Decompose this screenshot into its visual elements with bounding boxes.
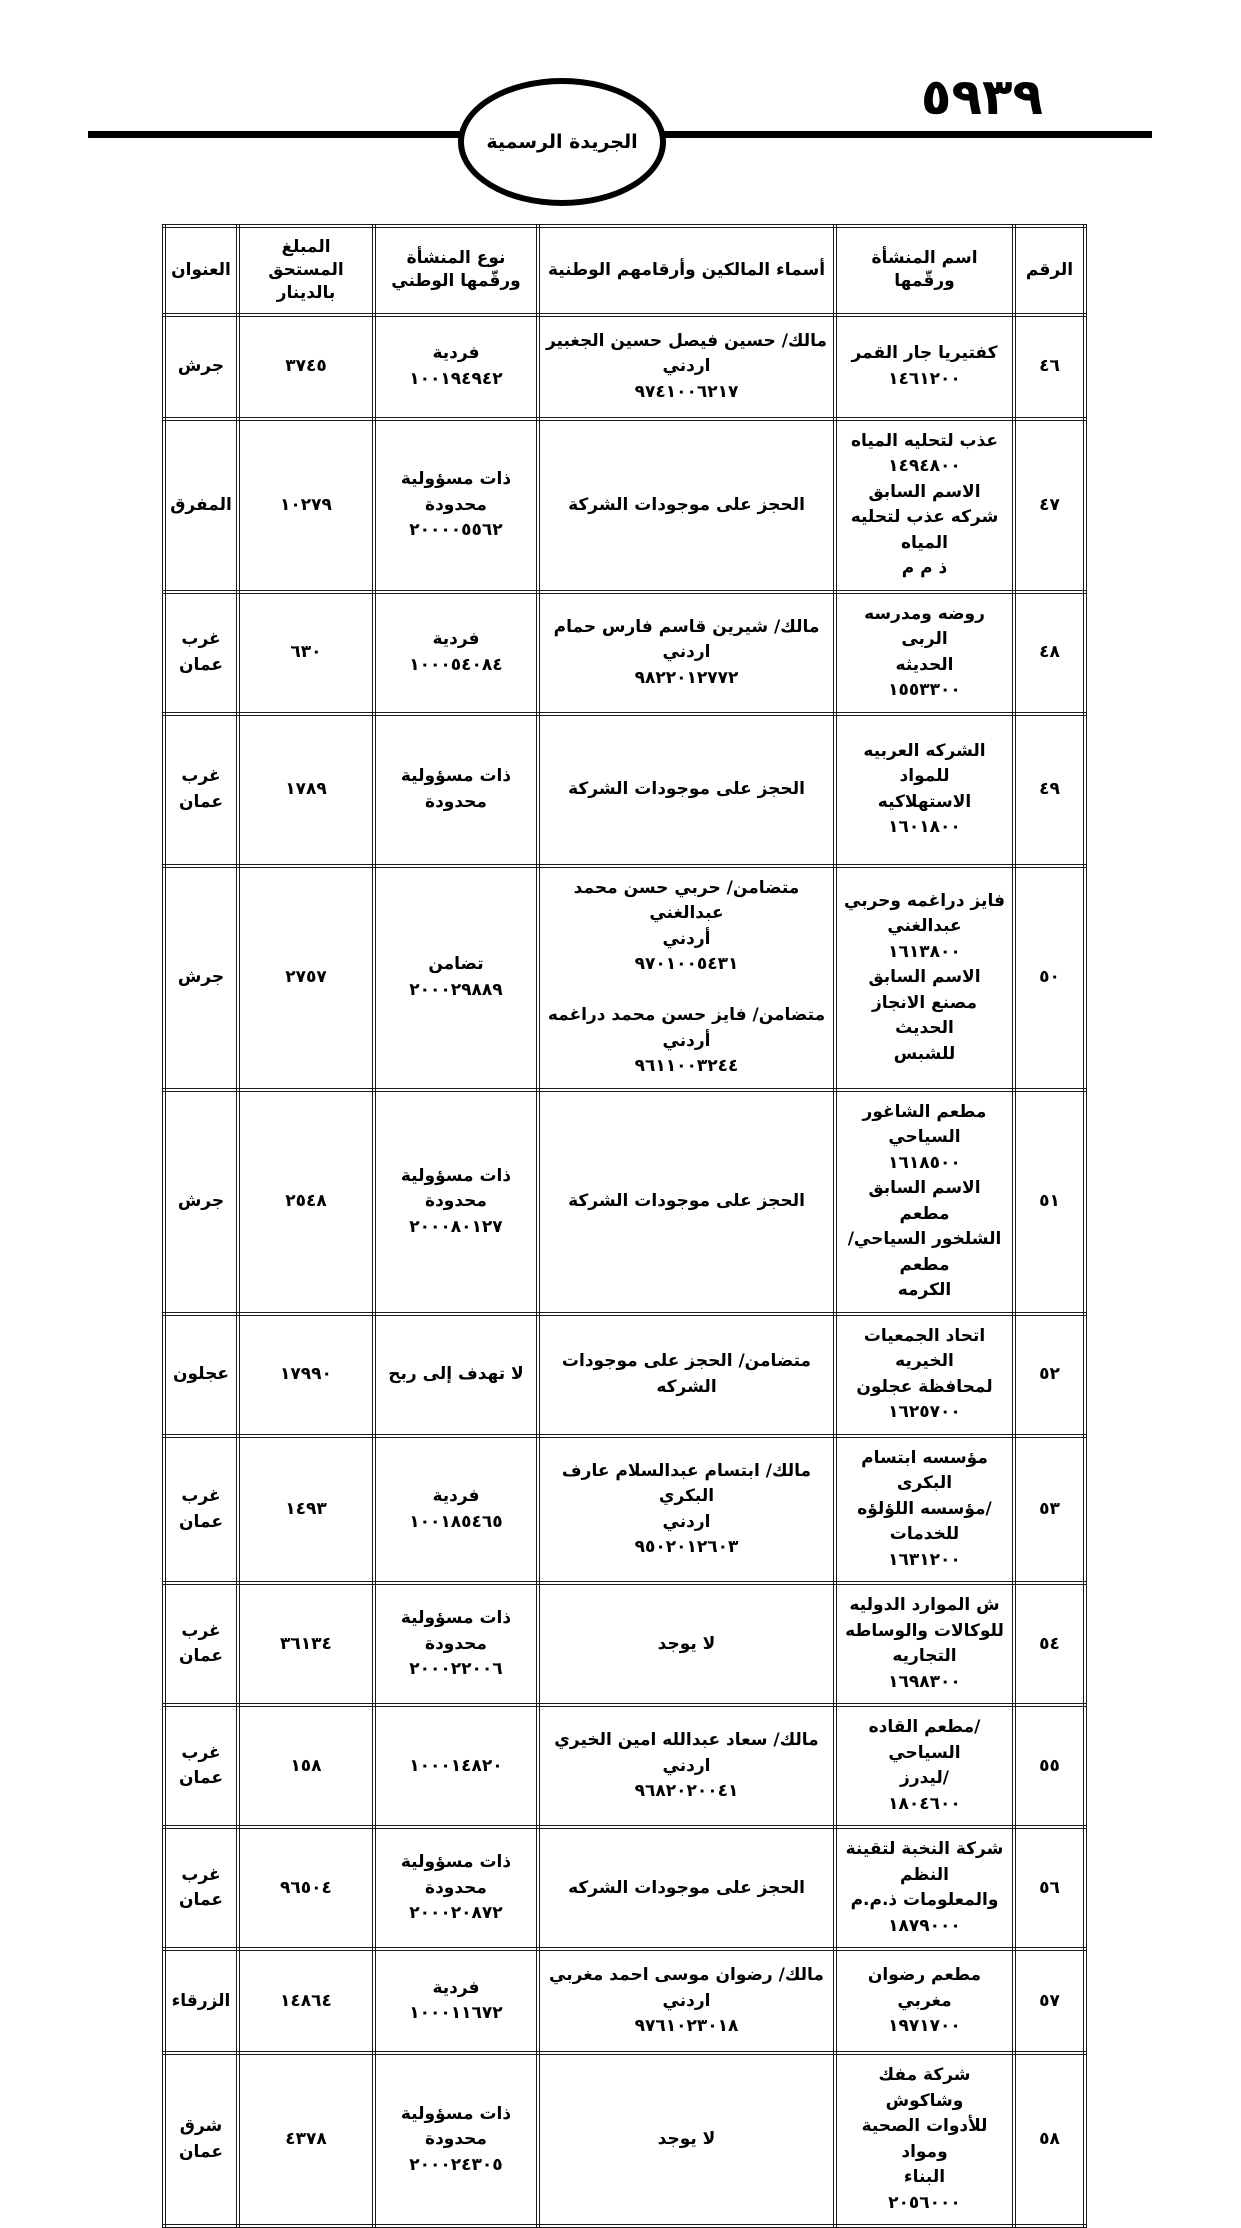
- cell-establishment: اتحاد الجمعيات الخيريهلمحافظة عجلون١٦٢٥٧…: [835, 1314, 1014, 1436]
- col-header-owners: أسماء المالكين وأرقامهم الوطنية: [538, 226, 835, 315]
- cell-address: عجلون: [164, 1314, 238, 1436]
- text-line: شركة النخبة لتقينة النظم: [840, 1837, 1009, 1888]
- text-line: ١٠٠١٨٥٤٦٥: [379, 1510, 533, 1536]
- col-header-amount: المبلغ المستحق بالدينار: [238, 226, 374, 315]
- text-line: فردية: [379, 627, 533, 653]
- table-row: ٥٧مطعم رضوان مغربي١٩٧١٧٠٠مالك/ رضوان موس…: [164, 1949, 1085, 2053]
- text-line: مطعم: [840, 1202, 1009, 1228]
- text-line: ٥٨: [1019, 2127, 1080, 2153]
- cell-type: فردية١٠٠١٩٤٩٤٢: [374, 315, 538, 419]
- text-line: غرب: [169, 627, 233, 653]
- cell-amount: ١٤٩٣: [238, 1436, 374, 1584]
- text-line: ٥٠: [1019, 965, 1080, 991]
- text-line: ذات مسؤولية محدودة: [379, 1606, 533, 1657]
- cell-owners: مالك/ رضوان موسى احمد مغربياردني٩٧٦١٠٢٣٠…: [538, 1949, 835, 2053]
- text-line: مطعم الشاغور السياحي: [840, 1100, 1009, 1151]
- text-line: لا تهدف إلى ربح: [379, 1362, 533, 1388]
- text-line: غرب: [169, 1484, 233, 1510]
- text-line: ١٦٣١٢٠٠: [840, 1548, 1009, 1574]
- cell-number: ٥٠: [1014, 866, 1085, 1090]
- text-line: مالك/ رضوان موسى احمد مغربي: [543, 1963, 830, 1989]
- cell-number: ٤٩: [1014, 714, 1085, 866]
- text-line: لمحافظة عجلون: [840, 1375, 1009, 1401]
- page-number: ٥٩٣٩: [921, 68, 1043, 126]
- text-line: ٩٧٠١٠٠٥٤٣١: [543, 952, 830, 978]
- gazette-banner: الجريدة الرسمية: [458, 78, 666, 206]
- text-line: ذات مسؤولية محدودة: [379, 467, 533, 518]
- text-line: ٥٣: [1019, 1497, 1080, 1523]
- table-row: ٥٠فايز دراغمه وحربيعبدالغني١٦١٣٨٠٠الاسم …: [164, 866, 1085, 1090]
- text-line: ٥٦: [1019, 1876, 1080, 1902]
- text-line: الشركه العربيه للمواد: [840, 739, 1009, 790]
- text-line: الشلخور السياحي/مطعم: [840, 1227, 1009, 1278]
- text-line: ذات مسؤولية محدودة: [379, 1850, 533, 1901]
- text-line: ١٠٠١٩٤٩٤٢: [379, 367, 533, 393]
- text-line: ١٦٩٨٣٠٠: [840, 1670, 1009, 1696]
- text-line: ١٤٩٣: [243, 1497, 369, 1523]
- text-line: للشبس: [840, 1042, 1009, 1068]
- text-line: ١٠٠٠٥٤٠٨٤: [379, 653, 533, 679]
- cell-establishment: مؤسسه ابتسام البكرى/مؤسسه اللؤلؤه للخدما…: [835, 1436, 1014, 1584]
- text-line: مطعم رضوان مغربي: [840, 1963, 1009, 2014]
- text-line: ٤٧: [1019, 493, 1080, 519]
- header-row: الرقم اسم المنشأة ورقّمها أسماء المالكين…: [164, 226, 1085, 315]
- text-line: ٤٦: [1019, 354, 1080, 380]
- text-line: التجاريه: [840, 1644, 1009, 1670]
- cell-number: ٥٦: [1014, 1827, 1085, 1949]
- text-line: أردني: [543, 927, 830, 953]
- text-line: ٥٥: [1019, 1754, 1080, 1780]
- cell-type: ذات مسؤولية محدودة٢٠٠٠٠٥٥٦٢: [374, 419, 538, 592]
- cell-establishment: مطعم رضوان مغربي١٩٧١٧٠٠: [835, 1949, 1014, 2053]
- table-row: ٥٢اتحاد الجمعيات الخيريهلمحافظة عجلون١٦٢…: [164, 1314, 1085, 1436]
- cell-owners: متضامن/ الحجز على موجودات الشركه: [538, 1314, 835, 1436]
- cell-type: ذات مسؤولية محدودة٢٠٠٠٢٤٣٠٥: [374, 2053, 538, 2226]
- text-line: ١٦١٨٥٠٠: [840, 1151, 1009, 1177]
- text-line: الزرقاء: [169, 1989, 233, 2015]
- text-line: متضامن/ حربي حسن محمد عبدالغني: [543, 876, 830, 927]
- text-line: عمان: [169, 2140, 233, 2166]
- text-line: عمان: [169, 1888, 233, 1914]
- text-line: ١٠٠٠١١٦٧٢: [379, 2001, 533, 2027]
- text-line: مالك/ شيرين قاسم فارس حمام: [543, 615, 830, 641]
- cell-type: فردية١٠٠٠٥٤٠٨٤: [374, 592, 538, 714]
- text-line: ١٨٠٤٦٠٠: [840, 1792, 1009, 1818]
- text-line: شركة مفك وشاكوش: [840, 2063, 1009, 2114]
- cell-owners: لا يوجد: [538, 1583, 835, 1705]
- cell-number: ٤٦: [1014, 315, 1085, 419]
- text-line: الاستهلاكيه: [840, 790, 1009, 816]
- cell-address: جرش: [164, 1090, 238, 1314]
- cell-amount: ١٧٨٩: [238, 714, 374, 866]
- cell-address: غربعمان: [164, 592, 238, 714]
- table-row: ٥٣مؤسسه ابتسام البكرى/مؤسسه اللؤلؤه للخد…: [164, 1436, 1085, 1584]
- cell-type: لا تهدف إلى ربح: [374, 1314, 538, 1436]
- text-line: الاسم السابق: [840, 480, 1009, 506]
- cell-amount: ١٥٨: [238, 1705, 374, 1827]
- cell-address: شرقعمان: [164, 2053, 238, 2226]
- text-line: مصنع الانجاز الحديث: [840, 991, 1009, 1042]
- text-line: ذات مسؤولية محدودة: [379, 764, 533, 815]
- text-line: جرش: [169, 965, 233, 991]
- text-line: كفتيريا جار القمر: [840, 341, 1009, 367]
- text-line: والمعلومات ذ.م.م: [840, 1888, 1009, 1914]
- text-line: ذات مسؤولية محدودة: [379, 2102, 533, 2153]
- text-line: ١٤٨٦٤: [243, 1989, 369, 2015]
- cell-establishment: ش الموارد الدوليهللوكالات والوساطهالتجار…: [835, 1583, 1014, 1705]
- text-line: ١٤٦١٢٠٠: [840, 367, 1009, 393]
- col-header-establishment: اسم المنشأة ورقّمها: [835, 226, 1014, 315]
- text-line: فردية: [379, 1976, 533, 2002]
- text-line: أردني: [543, 1029, 830, 1055]
- text-line: ذ م م: [840, 556, 1009, 582]
- col-header-address: العنوان: [164, 226, 238, 315]
- text-line: لا يوجد: [543, 1632, 830, 1658]
- text-line: الاسم السابق: [840, 1176, 1009, 1202]
- cell-address: جرش: [164, 866, 238, 1090]
- text-line: ٢٥٤٨: [243, 1189, 369, 1215]
- cell-address: الزرقاء: [164, 1949, 238, 2053]
- text-line: ١٦١٣٨٠٠: [840, 940, 1009, 966]
- text-line: متضامن/ فايز حسن محمد دراغمه: [543, 1003, 830, 1029]
- cell-establishment: روضه ومدرسه الربىالحديثه١٥٥٣٣٠٠: [835, 592, 1014, 714]
- text-line: ٢٠٠٠٢٠٨٧٢: [379, 1901, 533, 1927]
- text-line: الحجز على موجودات الشركة: [543, 493, 830, 519]
- text-line: ٩٧٦١٠٢٣٠١٨: [543, 2014, 830, 2040]
- text-line: /ليدرز: [840, 1766, 1009, 1792]
- cell-number: ٥٤: [1014, 1583, 1085, 1705]
- cell-address: جرش: [164, 315, 238, 419]
- text-line: غرب: [169, 1741, 233, 1767]
- cell-amount: ١٤٨٦٤: [238, 1949, 374, 2053]
- cell-amount: ٩٦٥٠٤: [238, 1827, 374, 1949]
- cell-address: غربعمان: [164, 1436, 238, 1584]
- text-line: الكرمه: [840, 1278, 1009, 1304]
- cell-establishment: /مطعم القاده السياحي/ليدرز١٨٠٤٦٠٠: [835, 1705, 1014, 1827]
- text-line: ١٨٧٩٠٠٠: [840, 1914, 1009, 1940]
- text-line: ٢٠٠٠٠٥٥٦٢: [379, 518, 533, 544]
- text-line: ٢٠٠٠٨٠١٢٧: [379, 1215, 533, 1241]
- text-line: ٣٧٤٥: [243, 354, 369, 380]
- text-line: ١٦٢٥٧٠٠: [840, 1400, 1009, 1426]
- cell-address: غربعمان: [164, 1705, 238, 1827]
- text-line: فايز دراغمه وحربي: [840, 889, 1009, 915]
- text-line: ١٧٩٩٠: [243, 1362, 369, 1388]
- cell-number: ٥٧: [1014, 1949, 1085, 2053]
- cell-owners: مالك/ سعاد عبدالله امين الخيرياردني٩٦٨٢٠…: [538, 1705, 835, 1827]
- text-line: شرق: [169, 2114, 233, 2140]
- text-line: ٩٦٨٢٠٢٠٠٤١: [543, 1779, 830, 1805]
- text-line: ذات مسؤولية محدودة: [379, 1164, 533, 1215]
- text-line: مؤسسه ابتسام البكرى: [840, 1446, 1009, 1497]
- text-line: تضامن: [379, 952, 533, 978]
- text-line: عمان: [169, 1766, 233, 1792]
- cell-owners: لا يوجد: [538, 2053, 835, 2226]
- cell-number: ٥٣: [1014, 1436, 1085, 1584]
- text-line: غرب: [169, 1863, 233, 1889]
- cell-owners: الحجز على موجودات الشركة: [538, 714, 835, 866]
- text-line: ٣٦١٣٤: [243, 1632, 369, 1658]
- text-line: ٢٠٠٠٢٤٣٠٥: [379, 2153, 533, 2179]
- text-line: جرش: [169, 354, 233, 380]
- text-line: ١٥٨: [243, 1754, 369, 1780]
- cell-number: ٤٧: [1014, 419, 1085, 592]
- cell-number: ٥٨: [1014, 2053, 1085, 2226]
- text-line: اردني: [543, 1754, 830, 1780]
- cell-type: ١٠٠٠١٤٨٢٠: [374, 1705, 538, 1827]
- text-line: ١٩٧١٧٠٠: [840, 2014, 1009, 2040]
- text-line: فردية: [379, 341, 533, 367]
- text-line: للوكالات والوساطه: [840, 1619, 1009, 1645]
- table-header: الرقم اسم المنشأة ورقّمها أسماء المالكين…: [164, 226, 1085, 315]
- text-line: فردية: [379, 1484, 533, 1510]
- cell-amount: ١٠٢٧٩: [238, 419, 374, 592]
- cell-amount: ٢٧٥٧: [238, 866, 374, 1090]
- col-header-number: الرقم: [1014, 226, 1085, 315]
- table-row: ٥٨شركة مفك وشاكوشللأدوات الصحية وموادالب…: [164, 2053, 1085, 2226]
- cell-type: تضامن٢٠٠٠٢٩٨٨٩: [374, 866, 538, 1090]
- text-line: /مطعم القاده السياحي: [840, 1715, 1009, 1766]
- text-line: ٢٧٥٧: [243, 965, 369, 991]
- cell-type: ذات مسؤولية محدودة٢٠٠٠٢٠٨٧٢: [374, 1827, 538, 1949]
- table-row: ٤٧عذب لتحليه المياه١٤٩٤٨٠٠الاسم السابقشر…: [164, 419, 1085, 592]
- text-line: ١٠٢٧٩: [243, 493, 369, 519]
- text-line: [543, 978, 830, 1004]
- cell-type: ذات مسؤولية محدودة: [374, 714, 538, 866]
- cell-address: غربعمان: [164, 1827, 238, 1949]
- text-line: اردني: [543, 1510, 830, 1536]
- gazette-page: { "colors": { "ink": "#000000" }, "heade…: [0, 0, 1241, 1754]
- cell-amount: ٢٥٤٨: [238, 1090, 374, 1314]
- text-line: مالك/ ابتسام عبدالسلام عارف البكري: [543, 1459, 830, 1510]
- cell-address: غربعمان: [164, 1583, 238, 1705]
- cell-establishment: شركة مفك وشاكوشللأدوات الصحية وموادالبنا…: [835, 2053, 1014, 2226]
- text-line: ٥٤: [1019, 1632, 1080, 1658]
- table-row: ٤٨روضه ومدرسه الربىالحديثه١٥٥٣٣٠٠مالك/ ش…: [164, 592, 1085, 714]
- text-line: ٩٨٢٢٠١٢٧٧٢: [543, 666, 830, 692]
- cell-owners: الحجز على موجودات الشركة: [538, 419, 835, 592]
- cell-establishment: شركة النخبة لتقينة النظموالمعلومات ذ.م.م…: [835, 1827, 1014, 1949]
- text-line: ٩٦٥٠٤: [243, 1876, 369, 1902]
- gazette-banner-title: الجريدة الرسمية: [486, 131, 637, 153]
- cell-type: فردية١٠٠١٨٥٤٦٥: [374, 1436, 538, 1584]
- gazette-table: الرقم اسم المنشأة ورقّمها أسماء المالكين…: [162, 224, 1087, 2228]
- text-line: ٤٩: [1019, 777, 1080, 803]
- text-line: ١٥٥٣٣٠٠: [840, 678, 1009, 704]
- text-line: روضه ومدرسه الربى: [840, 602, 1009, 653]
- text-line: الحجز على موجودات الشركة: [543, 777, 830, 803]
- text-line: ٦٣٠: [243, 640, 369, 666]
- cell-number: ٤٨: [1014, 592, 1085, 714]
- table-row: ٥٥/مطعم القاده السياحي/ليدرز١٨٠٤٦٠٠مالك/…: [164, 1705, 1085, 1827]
- text-line: غرب: [169, 1619, 233, 1645]
- text-line: ٩٧٤١٠٠٦٢١٧: [543, 380, 830, 406]
- text-line: للأدوات الصحية ومواد: [840, 2114, 1009, 2165]
- text-line: ١٦٠١٨٠٠: [840, 815, 1009, 841]
- table-row: ٤٩الشركه العربيه للموادالاستهلاكيه١٦٠١٨٠…: [164, 714, 1085, 866]
- text-line: جرش: [169, 1189, 233, 1215]
- cell-establishment: الشركه العربيه للموادالاستهلاكيه١٦٠١٨٠٠: [835, 714, 1014, 866]
- cell-amount: ٦٣٠: [238, 592, 374, 714]
- text-line: ٢٠٠٠٢٢٠٠٦: [379, 1657, 533, 1683]
- cell-type: فردية١٠٠٠١١٦٧٢: [374, 1949, 538, 2053]
- cell-amount: ٣٦١٣٤: [238, 1583, 374, 1705]
- text-line: ٤٣٧٨: [243, 2127, 369, 2153]
- text-line: البناء: [840, 2165, 1009, 2191]
- text-line: المفرق: [169, 493, 233, 519]
- text-line: اردني: [543, 1989, 830, 2015]
- cell-establishment: مطعم الشاغور السياحي١٦١٨٥٠٠الاسم السابقم…: [835, 1090, 1014, 1314]
- cell-type: ذات مسؤولية محدودة٢٠٠٠٢٢٠٠٦: [374, 1583, 538, 1705]
- table-body: ٤٦كفتيريا جار القمر١٤٦١٢٠٠مالك/ حسين فيص…: [164, 315, 1085, 2227]
- text-line: عذب لتحليه المياه: [840, 429, 1009, 455]
- cell-address: المفرق: [164, 419, 238, 592]
- table-row: ٤٦كفتيريا جار القمر١٤٦١٢٠٠مالك/ حسين فيص…: [164, 315, 1085, 419]
- cell-owners: مالك/ حسين فيصل حسين الجغبيراردني٩٧٤١٠٠٦…: [538, 315, 835, 419]
- cell-number: ٥٥: [1014, 1705, 1085, 1827]
- text-line: ٥١: [1019, 1189, 1080, 1215]
- table-row: ٥٦شركة النخبة لتقينة النظموالمعلومات ذ.م…: [164, 1827, 1085, 1949]
- cell-amount: ٣٧٤٥: [238, 315, 374, 419]
- text-line: غرب: [169, 764, 233, 790]
- text-line: الحجز على موجودات الشركه: [543, 1876, 830, 1902]
- text-line: ٢٠٥٦٠٠٠: [840, 2191, 1009, 2217]
- text-line: مالك/ حسين فيصل حسين الجغبير: [543, 329, 830, 355]
- text-line: اردني: [543, 354, 830, 380]
- text-line: مالك/ سعاد عبدالله امين الخيري: [543, 1728, 830, 1754]
- text-line: ٢٠٠٠٢٩٨٨٩: [379, 978, 533, 1004]
- table-row: ٥٤ش الموارد الدوليهللوكالات والوساطهالتج…: [164, 1583, 1085, 1705]
- cell-address: غربعمان: [164, 714, 238, 866]
- text-line: ١٠٠٠١٤٨٢٠: [379, 1754, 533, 1780]
- text-line: عمان: [169, 1510, 233, 1536]
- text-line: عبدالغني: [840, 914, 1009, 940]
- text-line: الاسم السابق: [840, 965, 1009, 991]
- text-line: لا يوجد: [543, 2127, 830, 2153]
- text-line: ٤٨: [1019, 640, 1080, 666]
- text-line: ١٤٩٤٨٠٠: [840, 454, 1009, 480]
- cell-type: ذات مسؤولية محدودة٢٠٠٠٨٠١٢٧: [374, 1090, 538, 1314]
- text-line: الحجز على موجودات الشركة: [543, 1189, 830, 1215]
- text-line: متضامن/ الحجز على موجودات الشركه: [543, 1349, 830, 1400]
- text-line: ١٧٨٩: [243, 777, 369, 803]
- cell-number: ٥٢: [1014, 1314, 1085, 1436]
- text-line: عجلون: [169, 1362, 233, 1388]
- col-header-type: نوع المنشأة ورقّمها الوطني: [374, 226, 538, 315]
- cell-owners: مالك/ شيرين قاسم فارس حماماردني٩٨٢٢٠١٢٧٧…: [538, 592, 835, 714]
- text-line: شركه عذب لتحليه المياه: [840, 505, 1009, 556]
- cell-amount: ٤٣٧٨: [238, 2053, 374, 2226]
- text-line: ٩٦١١٠٠٣٢٤٤: [543, 1054, 830, 1080]
- text-line: ٥٢: [1019, 1362, 1080, 1388]
- cell-owners: مالك/ ابتسام عبدالسلام عارف البكرياردني٩…: [538, 1436, 835, 1584]
- cell-owners: الحجز على موجودات الشركه: [538, 1827, 835, 1949]
- text-line: عمان: [169, 1644, 233, 1670]
- cell-owners: متضامن/ حربي حسن محمد عبدالغنيأردني٩٧٠١٠…: [538, 866, 835, 1090]
- text-line: عمان: [169, 790, 233, 816]
- cell-establishment: كفتيريا جار القمر١٤٦١٢٠٠: [835, 315, 1014, 419]
- text-line: /مؤسسه اللؤلؤه للخدمات: [840, 1497, 1009, 1548]
- cell-establishment: فايز دراغمه وحربيعبدالغني١٦١٣٨٠٠الاسم ال…: [835, 866, 1014, 1090]
- text-line: عمان: [169, 653, 233, 679]
- cell-number: ٥١: [1014, 1090, 1085, 1314]
- text-line: الحديثه: [840, 653, 1009, 679]
- text-line: اتحاد الجمعيات الخيريه: [840, 1324, 1009, 1375]
- cell-owners: الحجز على موجودات الشركة: [538, 1090, 835, 1314]
- text-line: اردني: [543, 640, 830, 666]
- cell-amount: ١٧٩٩٠: [238, 1314, 374, 1436]
- table-row: ٥١مطعم الشاغور السياحي١٦١٨٥٠٠الاسم الساب…: [164, 1090, 1085, 1314]
- text-line: ٩٥٠٢٠١٢٦٠٣: [543, 1535, 830, 1561]
- cell-establishment: عذب لتحليه المياه١٤٩٤٨٠٠الاسم السابقشركه…: [835, 419, 1014, 592]
- text-line: ش الموارد الدوليه: [840, 1593, 1009, 1619]
- text-line: ٥٧: [1019, 1989, 1080, 2015]
